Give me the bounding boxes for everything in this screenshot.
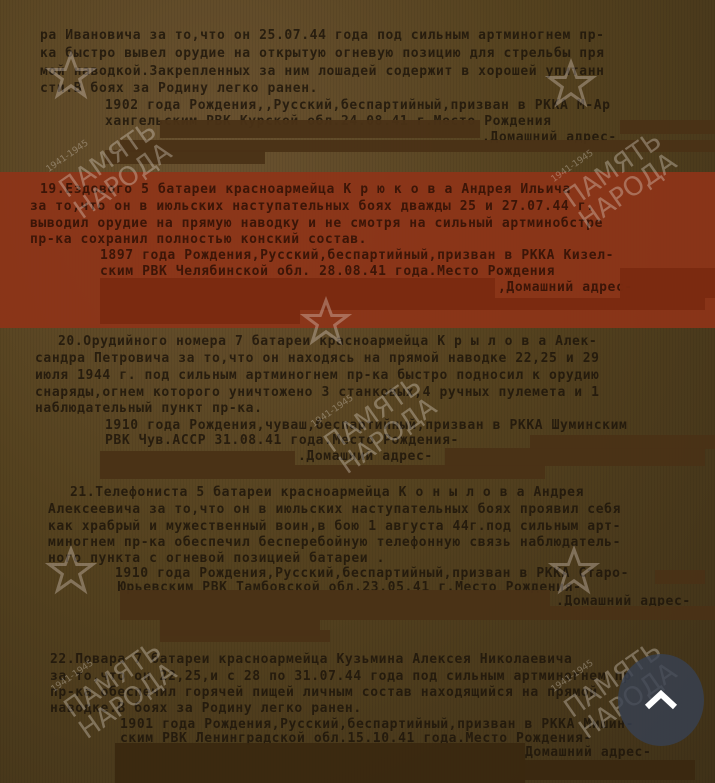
redaction-block [655, 570, 705, 584]
entry-line: за то,что он 22,25,и с 28 по 31.07.44 го… [50, 669, 631, 684]
entry-line: РВК Чув.АССР 31.08.41 года.Место Рождени… [105, 433, 459, 448]
entry-line: 1902 года Рождения,,Русский,беспартийный… [105, 98, 611, 113]
entry-line: Домашний адрес- [525, 745, 651, 760]
entry-line: пр-ка обеспечил горячей пищей личным сос… [50, 685, 598, 700]
redaction-block [620, 268, 715, 298]
redaction-block [120, 606, 715, 620]
entry-line: как храбрый и мужественный воин,в бою 1 … [48, 519, 621, 534]
entry-line: ка быстро вывел орудие на открытую огнев… [40, 46, 605, 61]
redaction-block [445, 448, 705, 466]
entry-line: мой наводкой.Закрепленных за ним лошадей… [40, 64, 605, 79]
entry-line: 19.Ездового 5 батареи красноармейца К р … [40, 182, 571, 197]
entry-line: за то,что он в июльских наступательных б… [30, 199, 595, 214]
entry-line: пр-ка сохранил полностью конский состав. [30, 232, 367, 247]
entry-line: ра Ивановича за то,что он 25.07.44 года … [40, 28, 605, 43]
entry-line: 1910 года Рождения,Русский,беспартийный,… [115, 566, 629, 581]
entry-line: снаряды,огнем которого уничтожено 3 стан… [35, 385, 600, 400]
redaction-block [100, 465, 545, 479]
entry-line: миногнем пр-ка обеспечил бесперебойную т… [48, 535, 621, 550]
redaction-block [105, 150, 265, 164]
entry-line: ским РВК Челябинской обл. 28.08.41 года.… [100, 264, 555, 279]
redaction-block [100, 278, 495, 298]
redaction-block [115, 743, 525, 783]
redaction-block [120, 590, 550, 606]
redaction-block [520, 760, 695, 780]
entry-line: .Домашний адрес- [298, 449, 433, 464]
entry-line: наводке.В боях за Родину легко ранен. [50, 701, 362, 716]
entry-line: Алексеевича за то,что он в июльских наст… [48, 502, 621, 517]
entry-line: сти.В боях за Родину легко ранен. [40, 81, 318, 96]
archive-document-page: ра Ивановича за то,что он 25.07.44 года … [0, 0, 715, 783]
redaction-block [100, 298, 705, 310]
entry-line: 20.Орудийного номера 7 батареи красноарм… [58, 334, 597, 349]
entry-line: ного пункта с огневой позицией батареи . [48, 551, 385, 566]
entry-line: ,Домашний адрес- [498, 280, 633, 295]
entry-line: 21.Телефониста 5 батареи красноармейца К… [70, 485, 584, 500]
entry-line: 1897 года Рождения,Русский,беспартийный,… [100, 248, 614, 263]
chevron-up-icon [644, 689, 678, 711]
entry-line: июля 1944 г. под сильным артминогнем пр-… [35, 368, 600, 383]
redaction-block [530, 435, 715, 449]
redaction-block [100, 310, 300, 324]
redaction-block [160, 630, 330, 642]
entry-line: выводил орудие на прямую наводку и не см… [30, 216, 603, 231]
redaction-block [100, 451, 295, 465]
entry-line: 1901 года Рождения,Русский,беспартийный,… [120, 717, 634, 732]
entry-line: 22.Повара 7 батареи красноармейца Кузьми… [50, 652, 572, 667]
entry-line: 1910 года Рождения,чуваш,беспартийный,пр… [105, 418, 627, 433]
redaction-block [160, 120, 480, 138]
entry-line: сандра Петровича за то,что он находясь н… [35, 351, 600, 366]
entry-line: наблюдательный пункт пр-ка. [35, 401, 263, 416]
redaction-block [620, 120, 715, 134]
scroll-to-top-button[interactable] [618, 654, 704, 746]
